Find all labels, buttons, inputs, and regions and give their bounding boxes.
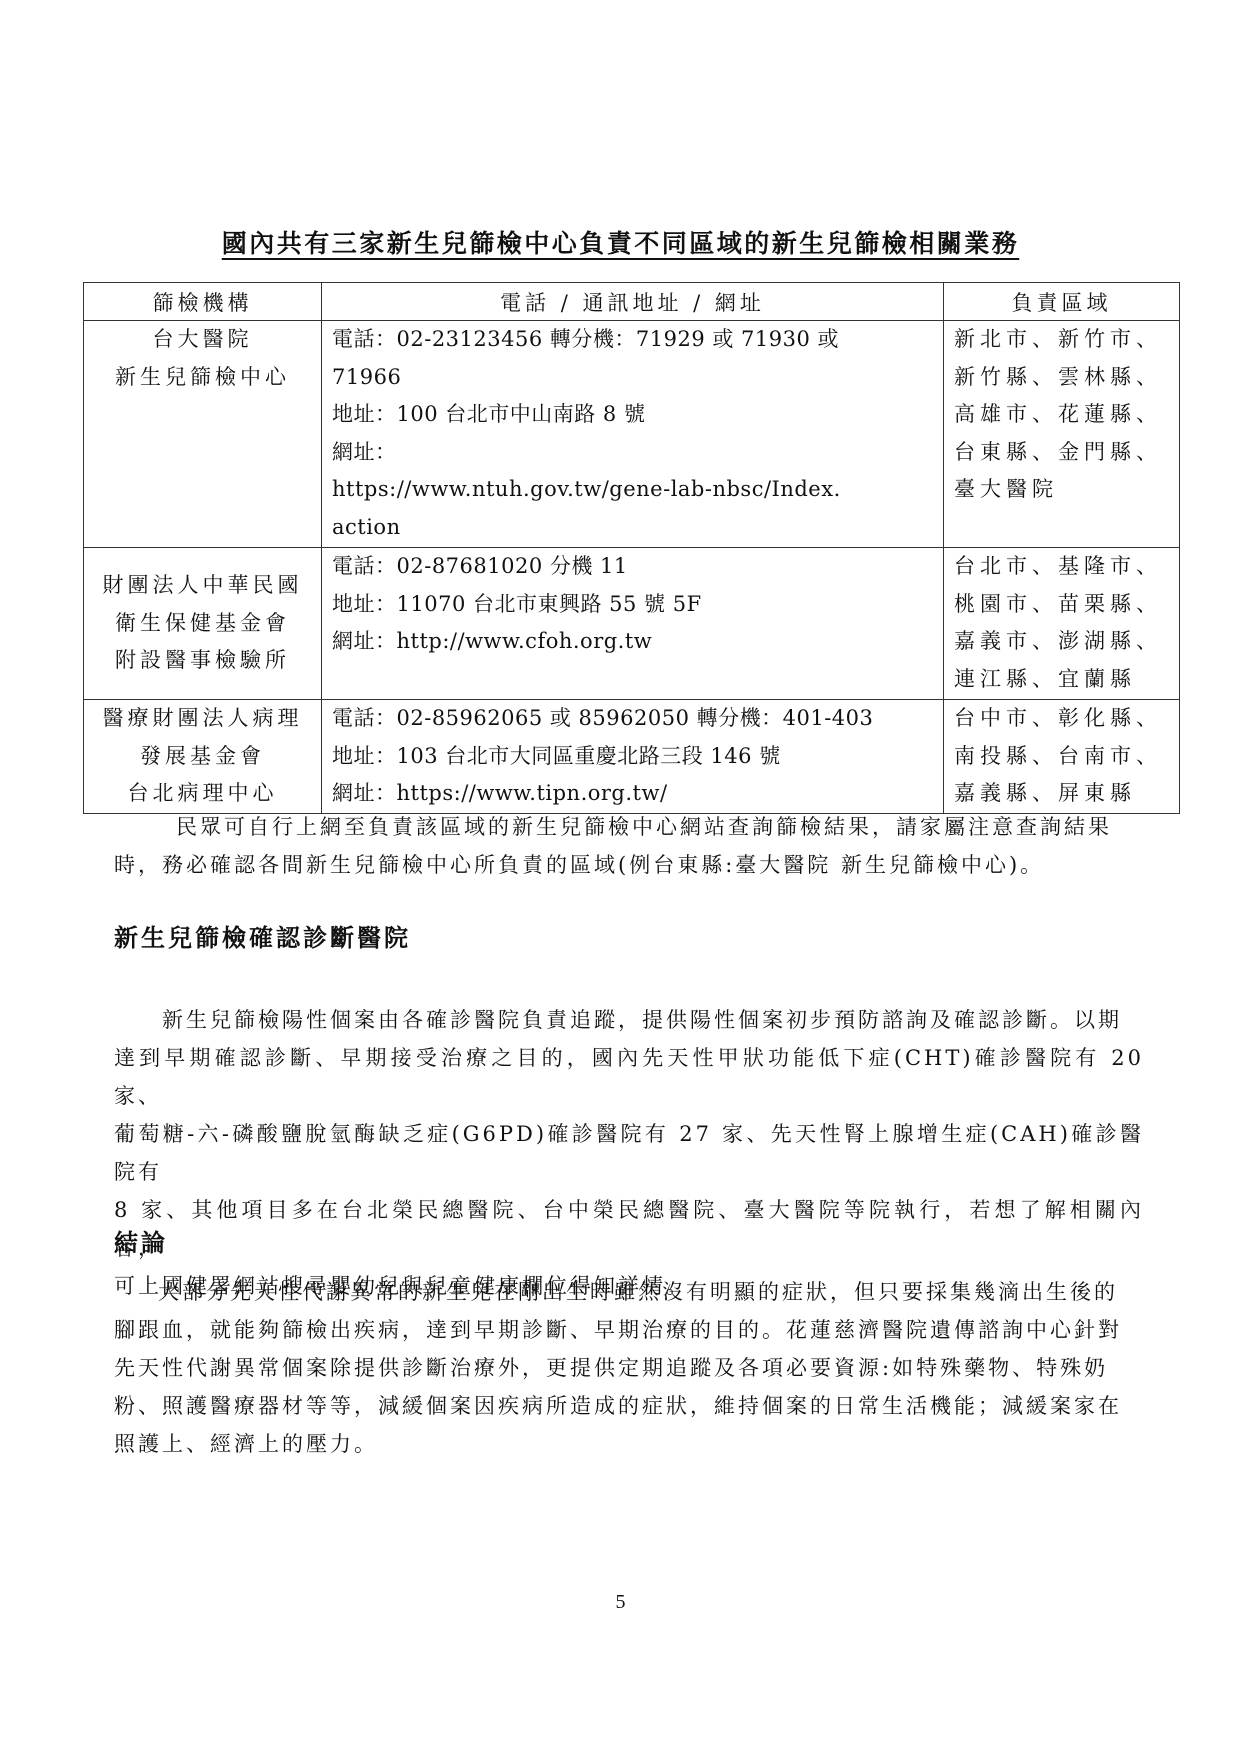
page-number: 5	[0, 1591, 1241, 1614]
phone-line: 電話：02-87681020 分機 11	[332, 548, 943, 586]
region-line: 新北市、新竹市、	[954, 321, 1179, 359]
phone-line-cont: 71966	[332, 359, 943, 397]
section-heading-confirm-hospitals: 新生兒篩檢確認診斷醫院	[114, 918, 411, 953]
website-link[interactable]: 網址：http://www.cfoh.org.tw	[332, 623, 943, 661]
website-link[interactable]: 網址：https://www.tipn.org.tw/	[332, 775, 943, 813]
region-cell: 台北市、基隆市、 桃園市、苗栗縣、 嘉義市、澎湖縣、 連江縣、宜蘭縣	[944, 548, 1180, 700]
institution-cell: 財團法人中華民國 衛生保健基金會 附設醫事檢驗所	[84, 548, 322, 700]
document-page: 國內共有三家新生兒篩檢中心負責不同區域的新生兒篩檢相關業務 篩檢機構 電話 / …	[0, 0, 1241, 1755]
table-header-row: 篩檢機構 電話 / 通訊地址 / 網址 負責區域	[84, 283, 1180, 321]
confirm-hospitals-paragraph: 新生兒篩檢陽性個案由各確診醫院負責追蹤，提供陽性個案初步預防諮詢及確認診斷。以期…	[114, 1001, 1144, 1305]
contact-cell: 電話：02-87681020 分機 11 地址：11070 台北市東興路 55 …	[322, 548, 944, 700]
institution-line: 新生兒篩檢中心	[84, 359, 321, 397]
region-line: 高雄市、花蓮縣、	[954, 396, 1179, 434]
conclusion-paragraph: 大部分先天性代謝異常的新生兒在剛出生時雖然沒有明顯的症狀，但只要採集幾滴出生後的…	[114, 1273, 1144, 1463]
paragraph-line: 葡萄糖-六-磷酸鹽脫氫酶缺乏症(G6PD)確診醫院有 27 家、先天性腎上腺增生…	[114, 1115, 1144, 1191]
region-line: 南投縣、台南市、	[954, 738, 1179, 776]
paragraph-line: 民眾可自行上網至負責該區域的新生兒篩檢中心網站查詢篩檢結果，請家屬注意查詢結果	[114, 808, 1144, 846]
institution-line: 台大醫院	[84, 321, 321, 359]
website-link[interactable]: https://www.ntuh.gov.tw/gene-lab-nbsc/In…	[332, 471, 943, 509]
region-line: 新竹縣、雲林縣、	[954, 359, 1179, 397]
region-line: 台東縣、金門縣、	[954, 434, 1179, 472]
region-line: 嘉義市、澎湖縣、	[954, 623, 1179, 661]
institution-line: 財團法人中華民國	[84, 567, 321, 605]
paragraph-line: 先天性代謝異常個案除提供診斷治療外，更提供定期追蹤及各項必要資源:如特殊藥物、特…	[114, 1349, 1144, 1387]
address-line: 地址：100 台北市中山南路 8 號	[332, 396, 943, 434]
header-contact: 電話 / 通訊地址 / 網址	[322, 283, 944, 321]
institution-line: 附設醫事檢驗所	[84, 642, 321, 680]
website-link-cont[interactable]: action	[332, 509, 943, 547]
phone-line: 電話：02-23123456 轉分機：71929 或 71930 或	[332, 321, 943, 359]
institution-line: 衛生保健基金會	[84, 605, 321, 643]
address-line: 地址：103 台北市大同區重慶北路三段 146 號	[332, 738, 943, 776]
institution-line: 醫療財團法人病理	[84, 700, 321, 738]
region-line: 嘉義縣、屏東縣	[954, 775, 1179, 813]
region-cell: 台中市、彰化縣、 南投縣、台南市、 嘉義縣、屏東縣	[944, 700, 1180, 814]
screening-centers-table: 篩檢機構 電話 / 通訊地址 / 網址 負責區域 台大醫院 新生兒篩檢中心 電話…	[83, 282, 1180, 814]
institution-line: 台北病理中心	[84, 775, 321, 813]
table-row: 財團法人中華民國 衛生保健基金會 附設醫事檢驗所 電話：02-87681020 …	[84, 548, 1180, 700]
region-line: 桃園市、苗栗縣、	[954, 586, 1179, 624]
address-line: 地址：11070 台北市東興路 55 號 5F	[332, 586, 943, 624]
paragraph-line: 照護上、經濟上的壓力。	[114, 1425, 1144, 1463]
section-heading-conclusion: 結論	[114, 1223, 168, 1258]
paragraph-line: 8 家、其他項目多在台北榮民總醫院、台中榮民總醫院、臺大醫院等院執行，若想了解相…	[114, 1191, 1144, 1267]
note-paragraph: 民眾可自行上網至負責該區域的新生兒篩檢中心網站查詢篩檢結果，請家屬注意查詢結果 …	[114, 808, 1144, 884]
paragraph-line: 達到早期確認診斷、早期接受治療之目的，國內先天性甲狀功能低下症(CHT)確診醫院…	[114, 1039, 1144, 1115]
table-row: 台大醫院 新生兒篩檢中心 電話：02-23123456 轉分機：71929 或 …	[84, 321, 1180, 548]
region-line: 連江縣、宜蘭縣	[954, 661, 1179, 699]
header-region: 負責區域	[944, 283, 1180, 321]
institution-line: 發展基金會	[84, 738, 321, 776]
phone-line: 電話：02-85962065 或 85962050 轉分機：401-403	[332, 700, 943, 738]
document-title: 國內共有三家新生兒篩檢中心負責不同區域的新生兒篩檢相關業務	[0, 226, 1241, 262]
institution-cell: 台大醫院 新生兒篩檢中心	[84, 321, 322, 548]
region-line: 台北市、基隆市、	[954, 548, 1179, 586]
table-row: 醫療財團法人病理 發展基金會 台北病理中心 電話：02-85962065 或 8…	[84, 700, 1180, 814]
header-institution: 篩檢機構	[84, 283, 322, 321]
paragraph-line: 腳跟血，就能夠篩檢出疾病，達到早期診斷、早期治療的目的。花蓮慈濟醫院遺傳諮詢中心…	[114, 1311, 1144, 1349]
paragraph-line: 時，務必確認各間新生兒篩檢中心所負責的區域(例台東縣:臺大醫院 新生兒篩檢中心)…	[114, 846, 1144, 884]
website-label: 網址：	[332, 434, 943, 472]
region-line: 臺大醫院	[954, 471, 1179, 509]
document-title-text: 國內共有三家新生兒篩檢中心負責不同區域的新生兒篩檢相關業務	[222, 229, 1020, 258]
institution-cell: 醫療財團法人病理 發展基金會 台北病理中心	[84, 700, 322, 814]
contact-cell: 電話：02-23123456 轉分機：71929 或 71930 或 71966…	[322, 321, 944, 548]
paragraph-line: 粉、照護醫療器材等等，減緩個案因疾病所造成的症狀，維持個案的日常生活機能；減緩案…	[114, 1387, 1144, 1425]
contact-cell: 電話：02-85962065 或 85962050 轉分機：401-403 地址…	[322, 700, 944, 814]
paragraph-line: 大部分先天性代謝異常的新生兒在剛出生時雖然沒有明顯的症狀，但只要採集幾滴出生後的	[114, 1273, 1144, 1311]
region-line: 台中市、彰化縣、	[954, 700, 1179, 738]
paragraph-line: 新生兒篩檢陽性個案由各確診醫院負責追蹤，提供陽性個案初步預防諮詢及確認診斷。以期	[114, 1001, 1144, 1039]
region-cell: 新北市、新竹市、 新竹縣、雲林縣、 高雄市、花蓮縣、 台東縣、金門縣、 臺大醫院	[944, 321, 1180, 548]
